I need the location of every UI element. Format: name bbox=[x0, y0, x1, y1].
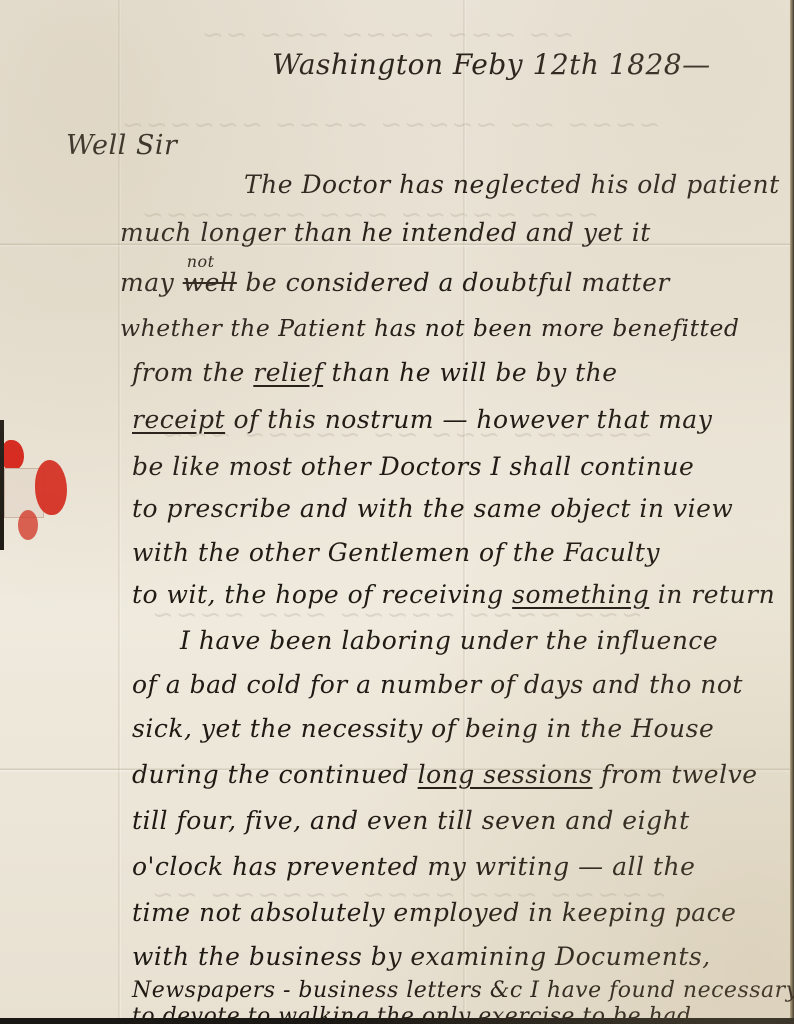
letter-line: Newspapers - business letters &c I have … bbox=[132, 978, 794, 1003]
letter-line: with the business by examining Documents… bbox=[132, 942, 711, 971]
letter-line: till four, five, and even till seven and… bbox=[132, 806, 690, 835]
letter-line: whether the Patient has not been more be… bbox=[120, 314, 739, 342]
line-text: may bbox=[120, 268, 183, 297]
letter-line: be like most other Doctors I shall conti… bbox=[132, 452, 694, 481]
letter-line: time not absolutely employed in keeping … bbox=[132, 898, 736, 927]
line-text: to wit, the hope of receiving bbox=[132, 580, 512, 609]
letter-line: o'clock has prevented my writing — all t… bbox=[132, 852, 695, 881]
letter-line: during the continued long sessions from … bbox=[132, 760, 758, 789]
underlined-word: long sessions bbox=[418, 760, 593, 789]
letter-line: much longer than he intended and yet it bbox=[120, 218, 651, 247]
letter-line: receipt of this nostrum — however that m… bbox=[132, 405, 712, 434]
letter-line: to wit, the hope of receiving something … bbox=[132, 580, 775, 609]
line-text: from the bbox=[132, 358, 253, 387]
bleed-through-text: ~~ ~~~ ~~~~ ~~~ ~~ bbox=[200, 20, 574, 50]
letter-line: of a bad cold for a number of days and t… bbox=[132, 670, 743, 699]
bleed-through-text: ~~~~ ~~ ~~~~~ ~~~~ ~~~~~~ bbox=[120, 110, 661, 140]
letter-line: may notwell be considered a doubtful mat… bbox=[120, 268, 670, 297]
letter-line: I have been laboring under the influence bbox=[180, 626, 718, 655]
letter-line: from the relief than he will be by the bbox=[132, 358, 618, 387]
line-text: in return bbox=[649, 580, 775, 609]
letter-line: to prescribe and with the same object in… bbox=[132, 494, 733, 523]
correction-insert: notwell bbox=[183, 268, 237, 297]
letter-line: with the other Gentlemen of the Faculty bbox=[132, 538, 660, 567]
line-text: during the continued bbox=[132, 760, 418, 789]
underlined-word: relief bbox=[253, 358, 323, 387]
line-text: than he will be by the bbox=[323, 358, 617, 387]
letter-page: ~~ ~~~ ~~~~ ~~~ ~~ ~~~~ ~~ ~~~~~ ~~~~ ~~… bbox=[0, 0, 794, 1024]
page-edge-right bbox=[790, 0, 794, 1024]
letter-line: to devote to walking the only exercise t… bbox=[132, 1004, 691, 1024]
line-text: be considered a doubtful matter bbox=[237, 268, 670, 297]
letter-line: sick, yet the necessity of being in the … bbox=[132, 714, 714, 743]
dateline: Washington Feby 12th 1828— bbox=[272, 48, 711, 81]
page-edge-left bbox=[0, 420, 4, 550]
wax-seal-remnant bbox=[0, 440, 70, 545]
underlined-word: something bbox=[512, 580, 649, 609]
line-text: of this nostrum — however that may bbox=[225, 405, 712, 434]
salutation: Well Sir bbox=[66, 130, 177, 161]
line-text: the only exercise to be had bbox=[369, 1004, 691, 1024]
letter-line: The Doctor has neglected his old patient bbox=[244, 170, 780, 199]
line-text: from twelve bbox=[593, 760, 758, 789]
underlined-word: walking bbox=[278, 1004, 369, 1024]
struck-word: well bbox=[183, 268, 237, 297]
inserted-word: not bbox=[187, 252, 215, 271]
line-text: to devote to bbox=[132, 1004, 278, 1024]
underlined-word: receipt bbox=[132, 405, 225, 434]
